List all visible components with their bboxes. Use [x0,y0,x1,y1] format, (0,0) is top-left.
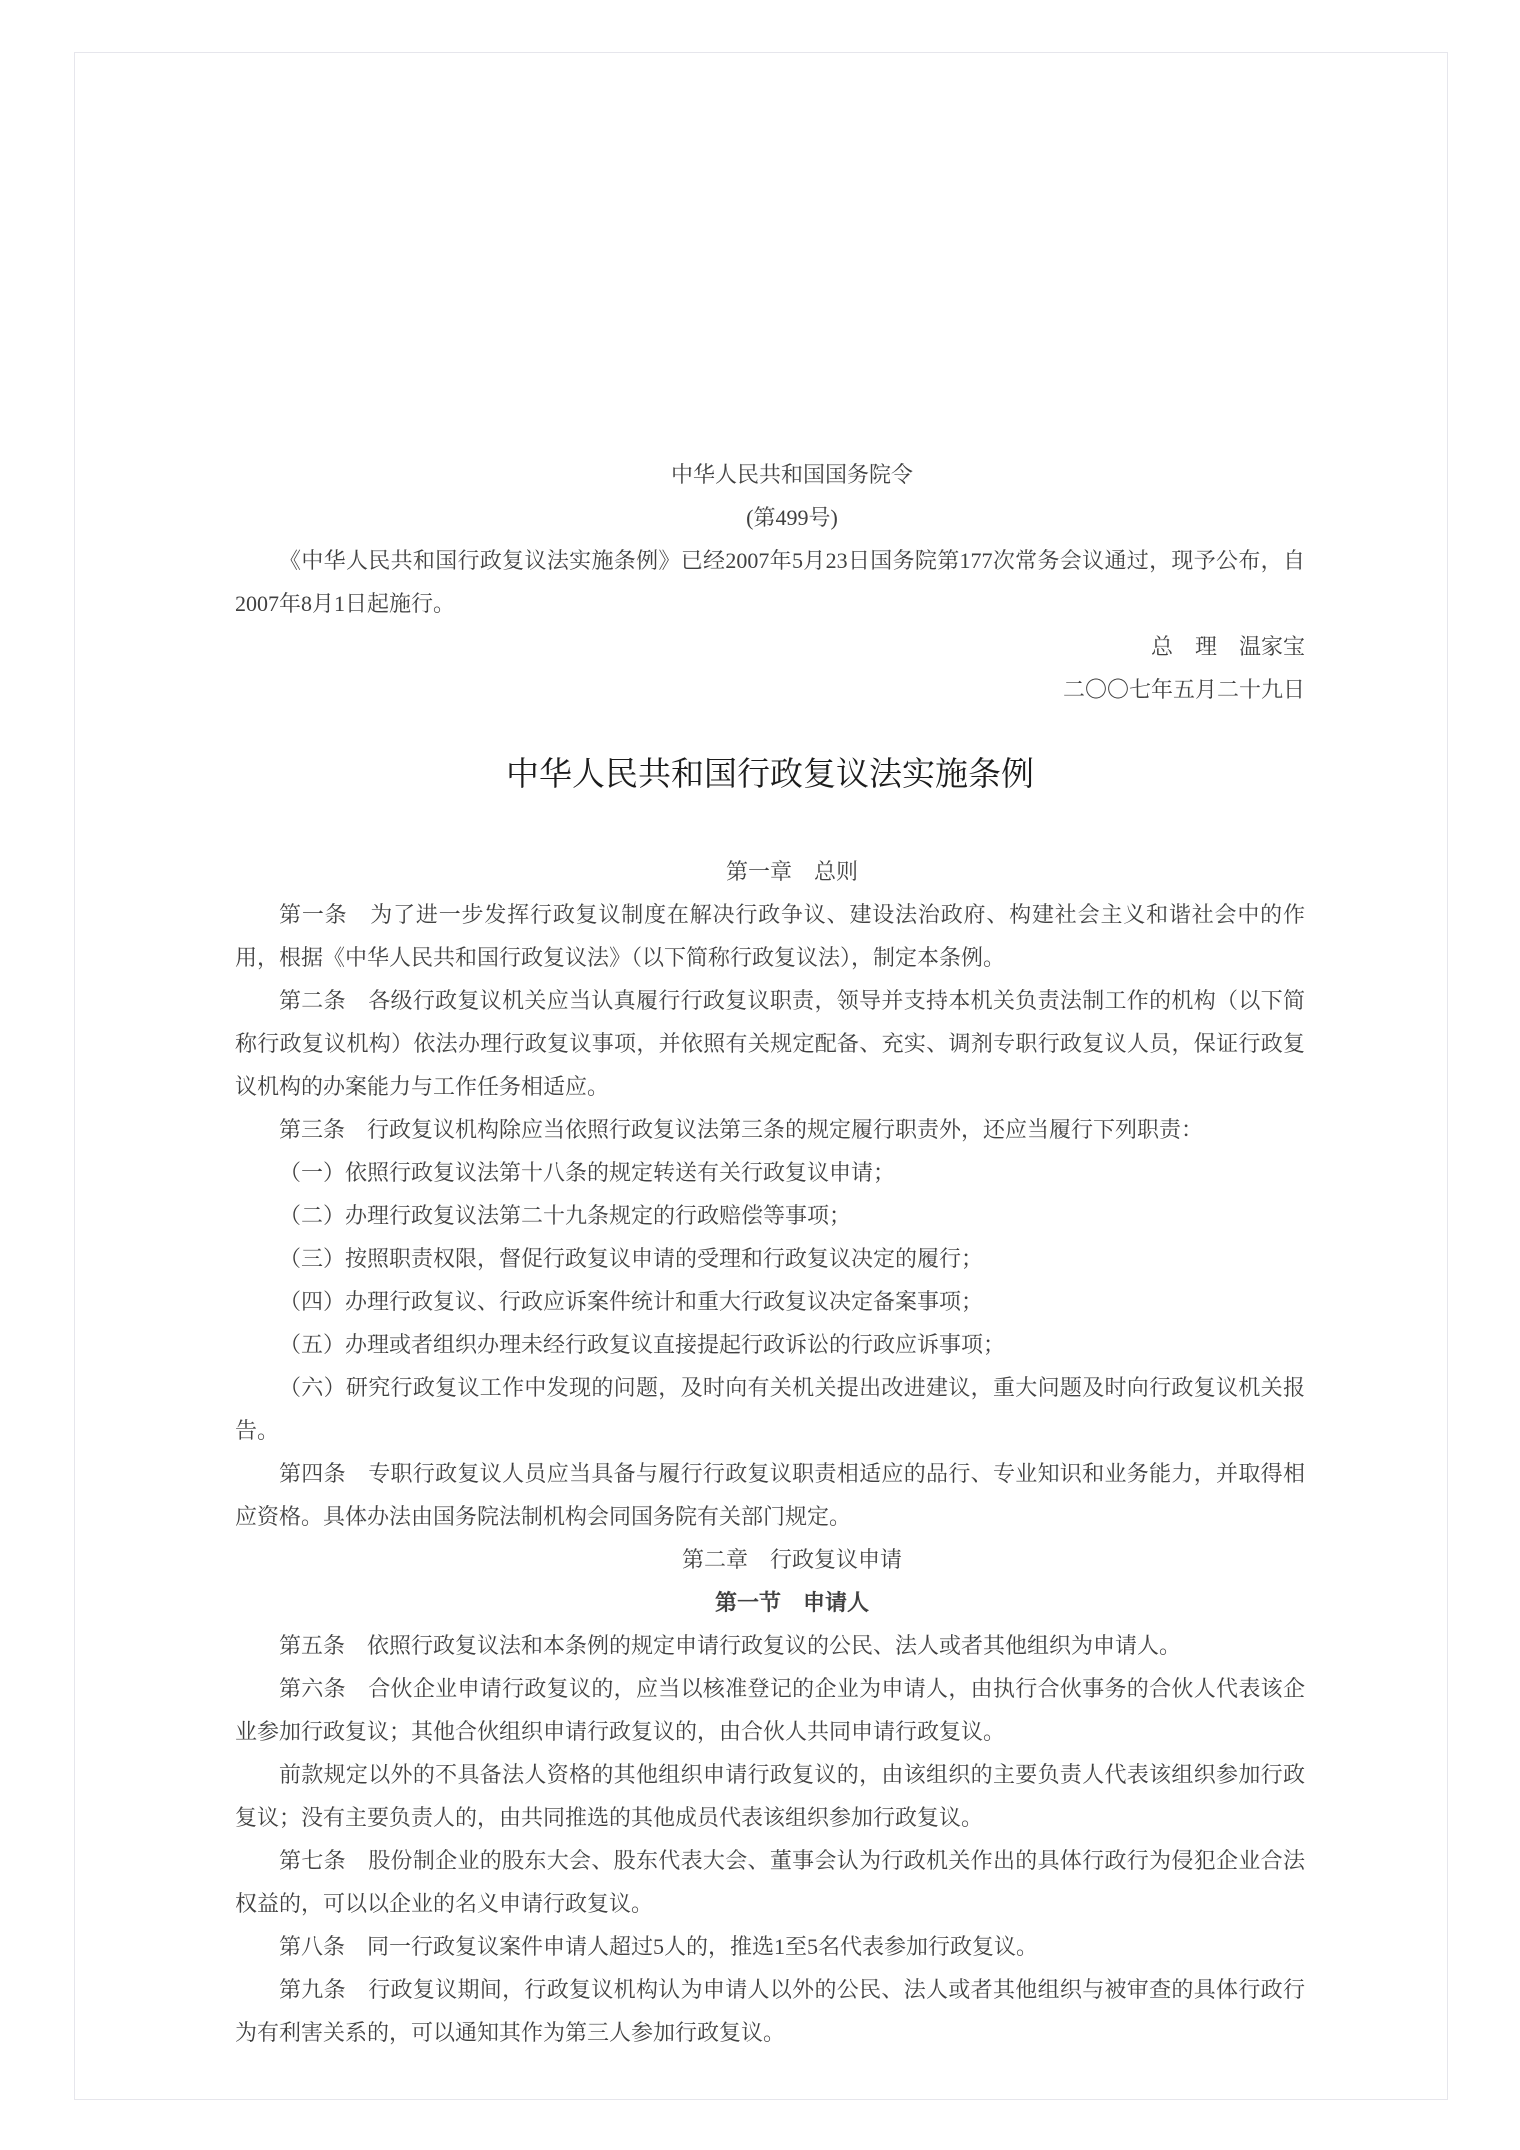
document-viewport: 中华人民共和国国务院令 (第499号) 《中华人民共和国行政复议法实施条例》已经… [0,0,1520,2150]
body-paragraph: （一）依照行政复议法第十八条的规定转送有关行政复议申请； [235,1151,1305,1194]
body-paragraph: 第四条 专职行政复议人员应当具备与履行行政复议职责相适应的品行、专业知识和业务能… [235,1452,1305,1538]
body-paragraph: 第二条 各级行政复议机关应当认真履行行政复议职责，领导并支持本机关负责法制工作的… [235,979,1305,1108]
chapter-heading: 第一章 总则 [235,850,1305,893]
body-paragraph: 第九条 行政复议期间，行政复议机构认为申请人以外的公民、法人或者其他组织与被审查… [235,1968,1305,2054]
body-paragraph: （四）办理行政复议、行政应诉案件统计和重大行政复议决定备案事项； [235,1280,1305,1323]
body-paragraph: 第八条 同一行政复议案件申请人超过5人的，推选1至5名代表参加行政复议。 [235,1925,1305,1968]
section-heading: 第一节 申请人 [235,1581,1305,1624]
body-paragraph: （二）办理行政复议法第二十九条规定的行政赔偿等事项； [235,1194,1305,1237]
body-paragraph: 第五条 依照行政复议法和本条例的规定申请行政复议的公民、法人或者其他组织为申请人… [235,1624,1305,1667]
promulgation-paragraph: 《中华人民共和国行政复议法实施条例》已经2007年5月23日国务院第177次常务… [235,539,1305,625]
body-paragraph: 第三条 行政复议机构除应当依照行政复议法第三条的规定履行职责外，还应当履行下列职… [235,1108,1305,1151]
decree-title: 中华人民共和国国务院令 [235,453,1305,496]
body-paragraph: （五）办理或者组织办理未经行政复议直接提起行政诉讼的行政应诉事项； [235,1323,1305,1366]
body-paragraph: （六）研究行政复议工作中发现的问题，及时向有关机关提出改进建议，重大问题及时向行… [235,1366,1305,1452]
body-paragraph: 第六条 合伙企业申请行政复议的，应当以核准登记的企业为申请人，由执行合伙事务的合… [235,1667,1305,1753]
body-paragraph: 第七条 股份制企业的股东大会、股东代表大会、董事会认为行政机关作出的具体行政行为… [235,1839,1305,1925]
document-page: 中华人民共和国国务院令 (第499号) 《中华人民共和国行政复议法实施条例》已经… [74,52,1448,2100]
body-paragraph: 第一条 为了进一步发挥行政复议制度在解决行政争议、建设法治政府、构建社会主义和谐… [235,893,1305,979]
body-paragraph: （三）按照职责权限，督促行政复议申请的受理和行政复议决定的履行； [235,1237,1305,1280]
law-title: 中华人民共和国行政复议法实施条例 [235,732,1305,818]
law-body: 第一章 总则第一条 为了进一步发挥行政复议制度在解决行政争议、建设法治政府、构建… [235,850,1305,2054]
decree-number: (第499号) [235,496,1305,539]
decree-date: 二〇〇七年五月二十九日 [235,668,1305,711]
body-paragraph: 前款规定以外的不具备法人资格的其他组织申请行政复议的，由该组织的主要负责人代表该… [235,1753,1305,1839]
document-content: 中华人民共和国国务院令 (第499号) 《中华人民共和国行政复议法实施条例》已经… [75,53,1447,2099]
chapter-heading: 第二章 行政复议申请 [235,1538,1305,1581]
premier-signature: 总 理 温家宝 [235,625,1305,668]
